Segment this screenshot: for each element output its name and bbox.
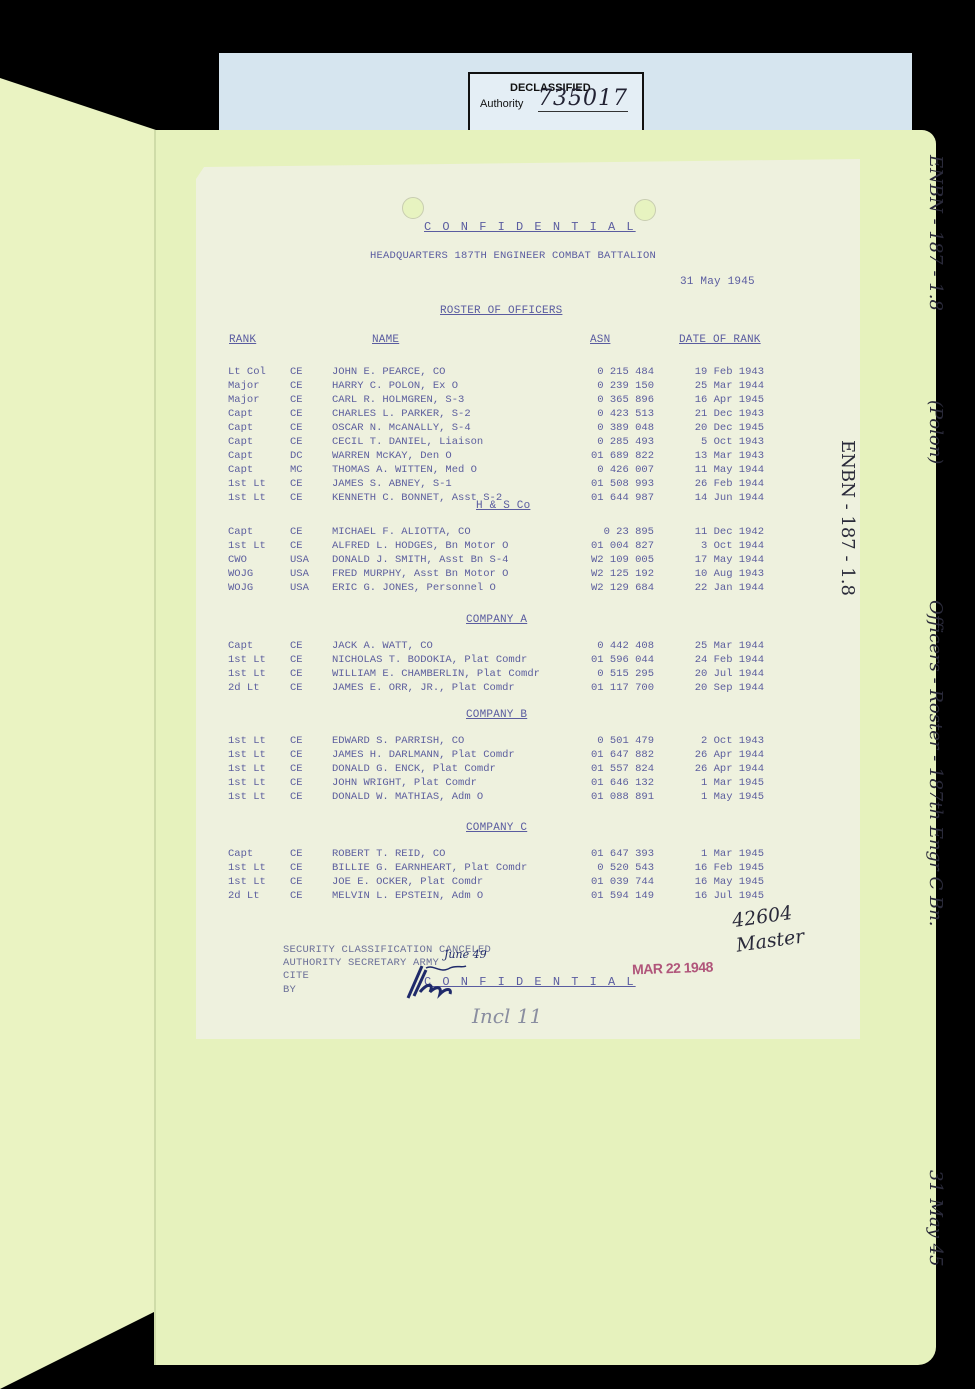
rank-cell: WOJG xyxy=(228,568,253,580)
column-header-name: NAME xyxy=(372,334,399,346)
name-cell: OSCAR N. McANALLY, S-4 xyxy=(332,422,471,434)
name-cell: JOE E. OCKER, Plat Comdr xyxy=(332,876,483,888)
date-of-rank-cell: 5 Oct 1943 xyxy=(668,436,764,448)
rank-cell: 1st Lt xyxy=(228,654,266,666)
branch-cell: CE xyxy=(290,735,303,747)
name-cell: DONALD J. SMITH, Asst Bn S-4 xyxy=(332,554,508,566)
table-row: 1st LtCEDONALD G. ENCK, Plat Comdr01 557… xyxy=(228,763,768,777)
name-cell: EDWARD S. PARRISH, CO xyxy=(332,735,464,747)
branch-cell: CE xyxy=(290,777,303,789)
date-of-rank-cell: 1 Mar 1945 xyxy=(668,848,764,860)
name-cell: MELVIN L. EPSTEIN, Adm O xyxy=(332,890,483,902)
asn-cell: 0 389 048 xyxy=(556,422,654,434)
branch-cell: CE xyxy=(290,791,303,803)
name-cell: JOHN E. PEARCE, CO xyxy=(332,366,445,378)
asn-cell: 0 239 150 xyxy=(556,380,654,392)
rank-cell: Capt xyxy=(228,450,253,462)
branch-cell: CE xyxy=(290,492,303,504)
asn-cell: 0 215 484 xyxy=(556,366,654,378)
rank-cell: 2d Lt xyxy=(228,682,260,694)
table-row: CaptCEOSCAR N. McANALLY, S-40 389 04820 … xyxy=(228,422,768,436)
rank-cell: CWO xyxy=(228,554,247,566)
name-cell: DONALD G. ENCK, Plat Comdr xyxy=(332,763,496,775)
date-of-rank-cell: 2 Oct 1943 xyxy=(668,735,764,747)
column-header-rank: RANK xyxy=(229,334,256,346)
branch-cell: CE xyxy=(290,876,303,888)
rank-cell: 2d Lt xyxy=(228,890,260,902)
asn-cell: 0 365 896 xyxy=(556,394,654,406)
table-row: 1st LtCEBILLIE G. EARNHEART, Plat Comdr0… xyxy=(228,862,768,876)
table-row: CaptCECHARLES L. PARKER, S-20 423 51321 … xyxy=(228,408,768,422)
roster-title: ROSTER OF OFFICERS xyxy=(440,305,562,317)
rank-cell: Capt xyxy=(228,436,253,448)
date-of-rank-cell: 17 May 1944 xyxy=(668,554,764,566)
inner-margin-annotation: ENBN - 187 - 1.8 xyxy=(837,440,858,596)
name-cell: ROBERT T. REID, CO xyxy=(332,848,445,860)
asn-cell: 0 426 007 xyxy=(556,464,654,476)
date-of-rank-cell: 25 Mar 1944 xyxy=(668,380,764,392)
branch-cell: CE xyxy=(290,380,303,392)
rank-cell: Capt xyxy=(228,848,253,860)
asn-cell: 0 423 513 xyxy=(556,408,654,420)
asn-cell: 01 004 827 xyxy=(556,540,654,552)
name-cell: FRED MURPHY, Asst Bn Motor O xyxy=(332,568,508,580)
name-cell: CARL R. HOLMGREN, S-3 xyxy=(332,394,464,406)
date-of-rank-cell: 1 Mar 1945 xyxy=(668,777,764,789)
asn-cell: W2 125 192 xyxy=(556,568,654,580)
branch-cell: CE xyxy=(290,763,303,775)
table-row: MajorCEHARRY C. POLON, Ex O0 239 15025 M… xyxy=(228,380,768,394)
rank-cell: Capt xyxy=(228,526,253,538)
asn-cell: 0 520 543 xyxy=(556,862,654,874)
rank-cell: 1st Lt xyxy=(228,735,266,747)
asn-cell: 0 515 295 xyxy=(556,668,654,680)
table-row: CaptCEMICHAEL F. ALIOTTA, CO0 23 89511 D… xyxy=(228,526,768,540)
table-row: CaptMCTHOMAS A. WITTEN, Med O0 426 00711… xyxy=(228,464,768,478)
section-heading: COMPANY C xyxy=(466,822,527,834)
unit-heading: HEADQUARTERS 187TH ENGINEER COMBAT BATTA… xyxy=(370,250,656,262)
name-cell: NICHOLAS T. BODOKIA, Plat Comdr xyxy=(332,654,527,666)
name-cell: JACK A. WATT, CO xyxy=(332,640,433,652)
name-cell: CECIL T. DANIEL, Liaison xyxy=(332,436,483,448)
branch-cell: MC xyxy=(290,464,303,476)
asn-cell: 01 647 882 xyxy=(556,749,654,761)
asn-cell: W2 109 005 xyxy=(556,554,654,566)
asn-cell: 0 442 408 xyxy=(556,640,654,652)
security-line-3: CITE xyxy=(283,970,309,982)
branch-cell: CE xyxy=(290,422,303,434)
date-of-rank-cell: 26 Apr 1944 xyxy=(668,749,764,761)
date-stamp: MAR 22 1948 xyxy=(632,959,713,978)
table-row: Lt ColCEJOHN E. PEARCE, CO0 215 48419 Fe… xyxy=(228,366,768,380)
table-row: 1st LtCEEDWARD S. PARRISH, CO0 501 4792 … xyxy=(228,735,768,749)
asn-cell: 01 508 993 xyxy=(556,478,654,490)
column-header-date-of-rank: DATE OF RANK xyxy=(679,334,761,346)
name-cell: ALFRED L. HODGES, Bn Motor O xyxy=(332,540,508,552)
security-line-4: BY xyxy=(283,984,296,996)
name-cell: WILLIAM E. CHAMBERLIN, Plat Comdr xyxy=(332,668,540,680)
table-row: 1st LtCEJAMES S. ABNEY, S-101 508 99326 … xyxy=(228,478,768,492)
rank-cell: Capt xyxy=(228,408,253,420)
date-of-rank-cell: 11 Dec 1942 xyxy=(668,526,764,538)
table-row: 1st LtCEJAMES H. DARLMANN, Plat Comdr01 … xyxy=(228,749,768,763)
folder-edge-annotation-1: ENBN - 187 - 1.8 xyxy=(925,155,946,311)
rank-cell: Capt xyxy=(228,464,253,476)
date-of-rank-cell: 20 Dec 1945 xyxy=(668,422,764,434)
rank-cell: 1st Lt xyxy=(228,791,266,803)
table-row: MajorCECARL R. HOLMGREN, S-30 365 89616 … xyxy=(228,394,768,408)
folder-edge-annotation-2: (Polon) xyxy=(925,400,946,464)
branch-cell: CE xyxy=(290,862,303,874)
asn-cell: 01 039 744 xyxy=(556,876,654,888)
asn-cell: 01 088 891 xyxy=(556,791,654,803)
name-cell: WARREN McKAY, Den O xyxy=(332,450,452,462)
asn-cell: 01 646 132 xyxy=(556,777,654,789)
branch-cell: CE xyxy=(290,526,303,538)
rank-cell: Major xyxy=(228,380,260,392)
table-row: CaptCECECIL T. DANIEL, Liaison0 285 4935… xyxy=(228,436,768,450)
branch-cell: CE xyxy=(290,668,303,680)
name-cell: JOHN WRIGHT, Plat Comdr xyxy=(332,777,477,789)
date-of-rank-cell: 26 Apr 1944 xyxy=(668,763,764,775)
asn-cell: 01 594 149 xyxy=(556,890,654,902)
branch-cell: USA xyxy=(290,582,309,594)
table-row: CWOUSADONALD J. SMITH, Asst Bn S-4W2 109… xyxy=(228,554,768,568)
table-row: 2d LtCEMELVIN L. EPSTEIN, Adm O01 594 14… xyxy=(228,890,768,904)
table-row: 1st LtCEALFRED L. HODGES, Bn Motor O01 0… xyxy=(228,540,768,554)
rank-cell: 1st Lt xyxy=(228,478,266,490)
signature-note: June 49 xyxy=(444,948,487,961)
punch-hole-right xyxy=(634,199,656,221)
table-row: CaptDCWARREN McKAY, Den O01 689 82213 Ma… xyxy=(228,450,768,464)
rank-cell: 1st Lt xyxy=(228,862,266,874)
rank-cell: 1st Lt xyxy=(228,540,266,552)
branch-cell: DC xyxy=(290,450,303,462)
classification-top: C O N F I D E N T I A L xyxy=(424,220,636,234)
date-of-rank-cell: 11 May 1944 xyxy=(668,464,764,476)
rank-cell: Capt xyxy=(228,422,253,434)
asn-cell: 0 501 479 xyxy=(556,735,654,747)
date-of-rank-cell: 24 Feb 1944 xyxy=(668,654,764,666)
branch-cell: CE xyxy=(290,366,303,378)
folder-edge-annotation-4: 31 May 45 xyxy=(925,1170,946,1267)
branch-cell: CE xyxy=(290,890,303,902)
document-date: 31 May 1945 xyxy=(680,276,755,288)
branch-cell: CE xyxy=(290,749,303,761)
asn-cell: 01 596 044 xyxy=(556,654,654,666)
branch-cell: CE xyxy=(290,654,303,666)
name-cell: CHARLES L. PARKER, S-2 xyxy=(332,408,471,420)
table-row: 2d LtCEJAMES E. ORR, JR., Plat Comdr01 1… xyxy=(228,682,768,696)
table-row: WOJGUSAERIC G. JONES, Personnel OW2 129 … xyxy=(228,582,768,596)
asn-cell: 01 644 987 xyxy=(556,492,654,504)
date-of-rank-cell: 13 Mar 1943 xyxy=(668,450,764,462)
date-of-rank-cell: 3 Oct 1944 xyxy=(668,540,764,552)
name-cell: ERIC G. JONES, Personnel O xyxy=(332,582,496,594)
table-row: 1st LtCEJOHN WRIGHT, Plat Comdr01 646 13… xyxy=(228,777,768,791)
declassified-stamp: DECLASSIFIED Authority 735017 xyxy=(468,72,644,132)
name-cell: HARRY C. POLON, Ex O xyxy=(332,380,458,392)
table-row: WOJGUSAFRED MURPHY, Asst Bn Motor OW2 12… xyxy=(228,568,768,582)
asn-cell: 0 23 895 xyxy=(556,526,654,538)
authority-label: Authority xyxy=(480,98,523,110)
asn-cell: W2 129 684 xyxy=(556,582,654,594)
asn-cell: 01 647 393 xyxy=(556,848,654,860)
branch-cell: CE xyxy=(290,394,303,406)
rank-cell: 1st Lt xyxy=(228,763,266,775)
table-row: 1st LtCEJOE E. OCKER, Plat Comdr01 039 7… xyxy=(228,876,768,890)
table-row: CaptCEROBERT T. REID, CO01 647 3931 Mar … xyxy=(228,848,768,862)
branch-cell: CE xyxy=(290,436,303,448)
asn-cell: 01 689 822 xyxy=(556,450,654,462)
branch-cell: CE xyxy=(290,848,303,860)
folder-left-flap xyxy=(0,78,156,1389)
date-of-rank-cell: 1 May 1945 xyxy=(668,791,764,803)
date-of-rank-cell: 19 Feb 1943 xyxy=(668,366,764,378)
folder-crease xyxy=(154,130,156,1365)
branch-cell: CE xyxy=(290,682,303,694)
date-of-rank-cell: 10 Aug 1943 xyxy=(668,568,764,580)
authority-number: 735017 xyxy=(538,86,628,112)
date-of-rank-cell: 16 Apr 1945 xyxy=(668,394,764,406)
rank-cell: 1st Lt xyxy=(228,749,266,761)
date-of-rank-cell: 16 Jul 1945 xyxy=(668,890,764,902)
name-cell: JAMES H. DARLMANN, Plat Comdr xyxy=(332,749,515,761)
branch-cell: USA xyxy=(290,554,309,566)
signature-mark xyxy=(400,962,470,1000)
asn-cell: 01 557 824 xyxy=(556,763,654,775)
date-of-rank-cell: 20 Sep 1944 xyxy=(668,682,764,694)
branch-cell: CE xyxy=(290,540,303,552)
date-of-rank-cell: 21 Dec 1943 xyxy=(668,408,764,420)
date-of-rank-cell: 16 Feb 1945 xyxy=(668,862,764,874)
date-of-rank-cell: 16 May 1945 xyxy=(668,876,764,888)
section-heading: H & S Co xyxy=(476,500,530,512)
section-heading: COMPANY A xyxy=(466,614,527,626)
table-row: CaptCEJACK A. WATT, CO0 442 40825 Mar 19… xyxy=(228,640,768,654)
rank-cell: Lt Col xyxy=(228,366,266,378)
column-header-asn: ASN xyxy=(590,334,610,346)
branch-cell: USA xyxy=(290,568,309,580)
table-row: 1st LtCENICHOLAS T. BODOKIA, Plat Comdr0… xyxy=(228,654,768,668)
rank-cell: Major xyxy=(228,394,260,406)
branch-cell: CE xyxy=(290,640,303,652)
name-cell: JAMES E. ORR, JR., Plat Comdr xyxy=(332,682,515,694)
date-of-rank-cell: 14 Jun 1944 xyxy=(668,492,764,504)
handwritten-inclosure: Incl 11 xyxy=(472,1004,542,1028)
name-cell: THOMAS A. WITTEN, Med O xyxy=(332,464,477,476)
punch-hole-left xyxy=(402,197,424,219)
folder-edge-annotation-3: Officers - Roster - 187th Engr C Bn. xyxy=(925,600,946,927)
rank-cell: 1st Lt xyxy=(228,876,266,888)
name-cell: DONALD W. MATHIAS, Adm O xyxy=(332,791,483,803)
rank-cell: 1st Lt xyxy=(228,668,266,680)
asn-cell: 0 285 493 xyxy=(556,436,654,448)
name-cell: MICHAEL F. ALIOTTA, CO xyxy=(332,526,471,538)
table-row: 1st LtCEWILLIAM E. CHAMBERLIN, Plat Comd… xyxy=(228,668,768,682)
branch-cell: CE xyxy=(290,408,303,420)
section-heading: COMPANY B xyxy=(466,709,527,721)
name-cell: JAMES S. ABNEY, S-1 xyxy=(332,478,452,490)
asn-cell: 01 117 700 xyxy=(556,682,654,694)
table-row: 1st LtCEDONALD W. MATHIAS, Adm O01 088 8… xyxy=(228,791,768,805)
rank-cell: Capt xyxy=(228,640,253,652)
rank-cell: 1st Lt xyxy=(228,777,266,789)
date-of-rank-cell: 22 Jan 1944 xyxy=(668,582,764,594)
rank-cell: WOJG xyxy=(228,582,253,594)
date-of-rank-cell: 25 Mar 1944 xyxy=(668,640,764,652)
date-of-rank-cell: 20 Jul 1944 xyxy=(668,668,764,680)
date-of-rank-cell: 26 Feb 1944 xyxy=(668,478,764,490)
branch-cell: CE xyxy=(290,478,303,490)
name-cell: BILLIE G. EARNHEART, Plat Comdr xyxy=(332,862,527,874)
rank-cell: 1st Lt xyxy=(228,492,266,504)
